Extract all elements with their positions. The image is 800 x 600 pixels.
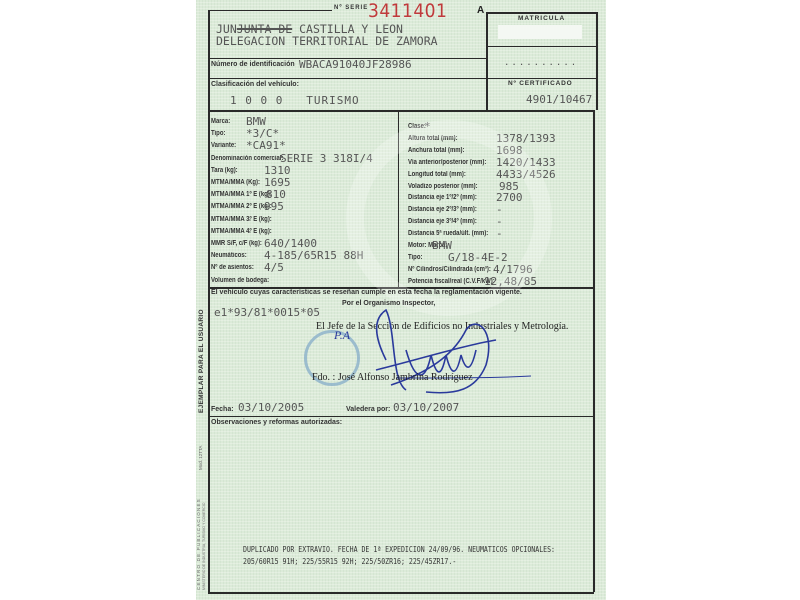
- authority-line2: DELEGACION TERRITORIAL DE ZAMORA: [216, 34, 438, 48]
- left-field-value: -: [246, 213, 253, 226]
- id-row-bottom: [208, 78, 486, 79]
- matricula-dots: ..........: [504, 58, 578, 68]
- left-field-value: 995: [264, 200, 284, 213]
- left-field-label: Marca:: [211, 118, 230, 125]
- matricula-box-mid2: [486, 78, 596, 79]
- left-field-value: -: [246, 274, 253, 287]
- vin-value: WBACA91040JF28986: [299, 58, 412, 71]
- left-field-value: 4/5: [264, 261, 284, 274]
- left-field-label: MTMA/MMA (Kg):: [211, 179, 260, 186]
- fecha-value: 03/10/2005: [238, 401, 304, 414]
- left-field-label: Tipo:: [211, 130, 225, 137]
- matricula-box-left: [486, 12, 488, 110]
- serie-rule: [208, 10, 332, 11]
- frame-left: [208, 10, 210, 593]
- classification-label: Clasificación del vehículo:: [211, 81, 299, 88]
- certificado-value: 4901/10467: [526, 93, 592, 106]
- left-field-label: MMR S/F, c/F (kg):: [211, 240, 262, 247]
- left-field-value: 640/1400: [264, 237, 317, 250]
- serie-number: 3411401: [368, 0, 447, 22]
- frame-bottom: [208, 592, 594, 594]
- model-label: Mod. 12TTA: [198, 446, 203, 470]
- matricula-label: MATRICULA: [518, 15, 565, 22]
- left-field-value: -: [246, 225, 253, 238]
- left-field-value: 810: [266, 188, 286, 201]
- matricula-box-mid: [486, 46, 596, 47]
- observations-line1: DUPLICADO POR EXTRAVIO. FECHA DE 1ª EXPE…: [243, 545, 555, 554]
- left-field-label: Volumen de bodega:: [211, 277, 269, 284]
- data-top: [208, 110, 594, 112]
- left-field-label: MTMA/MMA 3º E (kg):: [211, 216, 272, 223]
- left-field-label: Neumáticos:: [211, 252, 247, 259]
- classification-value: 1 0 0 0 TURISMO: [230, 94, 360, 107]
- left-field-value: *3/C*: [246, 127, 279, 140]
- vehicle-inspection-card: Nº SERIE 3411401 A MATRICULA .......... …: [196, 0, 606, 600]
- publisher-sub: MINISTERIO DE INDUSTRIA, TURISMO Y COMER…: [202, 502, 206, 590]
- left-field-label: Tara (kg):: [211, 167, 238, 174]
- inspection-statement: El vehículo cuyas características se res…: [211, 289, 522, 296]
- serie-label: Nº SERIE: [334, 5, 368, 11]
- matricula-box-top: [486, 12, 596, 14]
- serie-suffix: A: [477, 5, 484, 16]
- left-field-label: Nº de asientos:: [211, 264, 254, 271]
- valedera-value: 03/10/2007: [393, 401, 459, 414]
- left-field-label: MTMA/MMA 1º E (kg):: [211, 191, 272, 198]
- publisher-label: CENTRO DE PUBLICACIONES: [196, 498, 201, 590]
- left-field-value: 4-185/65R15 88H: [264, 249, 363, 262]
- left-field-label: MTMA/MMA 4º E (kg):: [211, 228, 272, 235]
- fecha-label: Fecha:: [211, 406, 234, 413]
- homologation-number: e1*93/81*0015*05: [214, 306, 320, 319]
- left-field-label: MTMA/MMA 2º E (kg):: [211, 203, 272, 210]
- left-field-value: SERIE 3 318I/4: [280, 152, 373, 165]
- left-field-value: *CA91*: [246, 139, 286, 152]
- id-label: Número de identificación: [211, 61, 295, 68]
- copy-label: EJEMPLAR PARA EL USUARIO: [198, 309, 205, 413]
- signed-by: Fdo. : José Alfonso Jambrina Rodríguez: [312, 372, 473, 383]
- frame-right: [593, 110, 595, 592]
- valedera-label: Valedera por:: [346, 406, 390, 413]
- observations-label: Observaciones y reformas autorizadas:: [211, 419, 342, 426]
- left-field-value: 1695: [264, 176, 291, 189]
- left-field-value: BMW: [246, 115, 266, 128]
- left-field-value: 1310: [264, 164, 291, 177]
- left-field-label: Denominación comercial:: [211, 155, 283, 162]
- matricula-field: [498, 25, 582, 39]
- signature: [316, 300, 536, 410]
- matricula-box-right: [596, 12, 598, 110]
- observations-line2: 205/60R15 91H; 225/55R15 92H; 225/50ZR16…: [243, 557, 456, 566]
- certificado-label: Nº CERTIFICADO: [508, 80, 573, 87]
- observations-top: [208, 416, 594, 417]
- coat-of-arms-watermark: [346, 120, 552, 316]
- left-field-label: Variante:: [211, 142, 236, 149]
